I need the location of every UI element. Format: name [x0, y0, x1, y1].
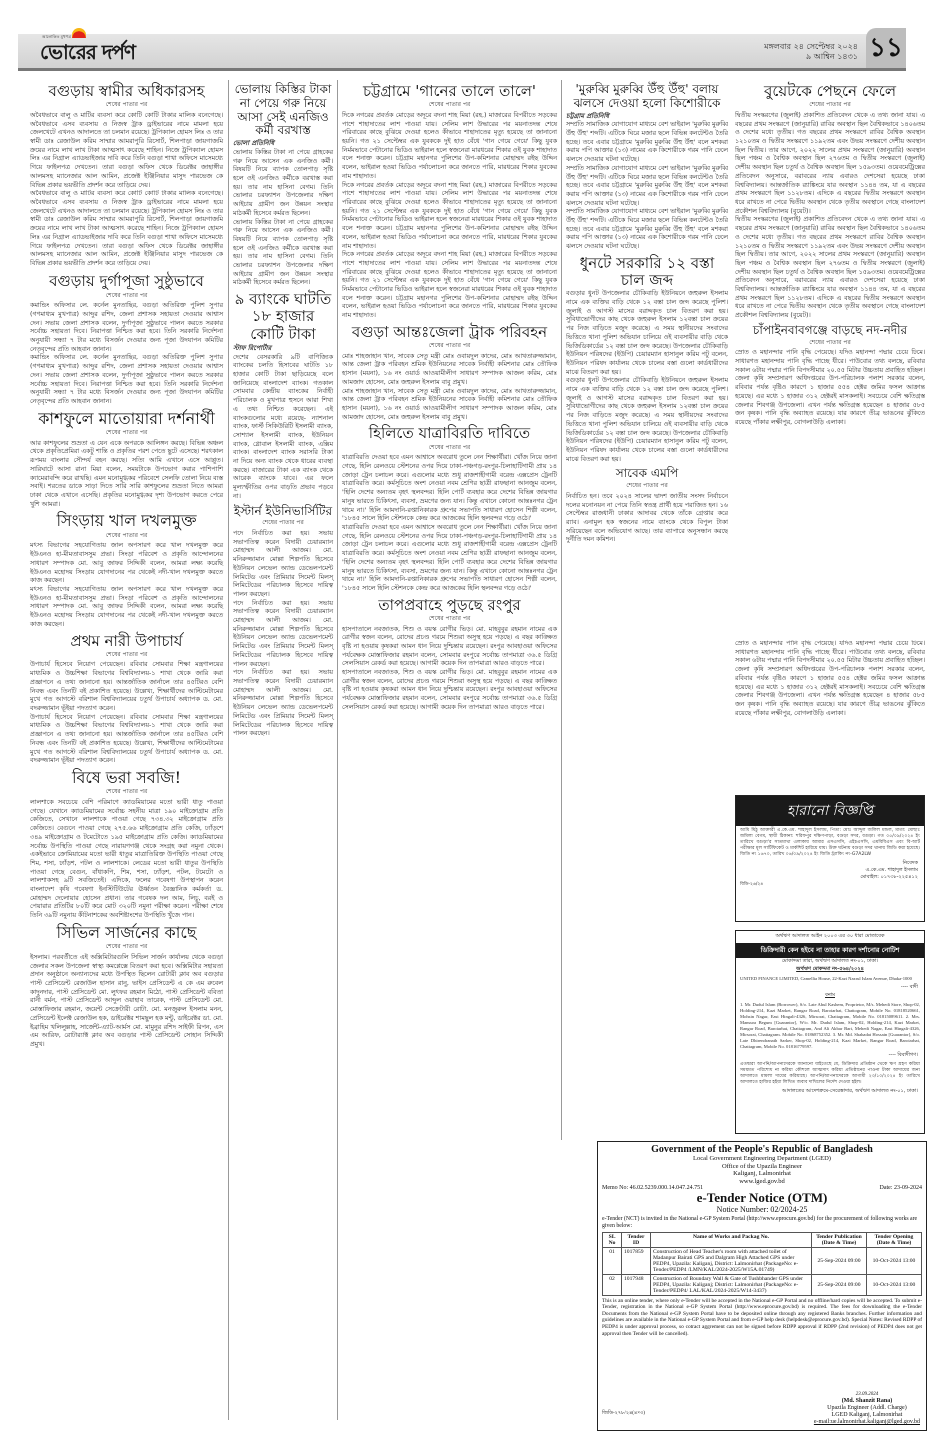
column-divider	[228, 80, 229, 1420]
cell-tender-id: 1017859	[622, 1247, 651, 1274]
tender-table-header: SL No Tender ID Name of Works and Packag…	[603, 1232, 922, 1247]
page-number: ১১	[866, 28, 906, 68]
article-body: সম্প্রতি সামাজিক যোগাযোগ মাধ্যমে বেশ ভাই…	[566, 165, 728, 209]
signer-email[interactable]: e-mail:ue.lalmonirhat.kaliganj@lged.gov.…	[814, 1419, 920, 1426]
masthead: আলোকিত মুখপত্র ভোরের দর্পণ মঙ্গলবার ২৪ স…	[18, 34, 906, 71]
col-sl: SL No	[603, 1232, 622, 1247]
article-headline: 'মুরুব্বি মুরুব্বি উঁহু উঁহু' বলায় ঝলসে…	[566, 83, 728, 111]
cell-tender-id: 1017948	[622, 1274, 651, 1295]
continued-label: শেষের পাতার পর	[233, 519, 333, 528]
article-body: সম্প্রতি সামাজিক যোগাযোগ মাধ্যমে বেশ ভাই…	[566, 121, 728, 165]
article-body: কমান্ডিং অফিসার লে. কর্নেল মুনতাছির, বগু…	[30, 354, 223, 406]
col-works-name: Name of Works and Packag No.	[651, 1232, 812, 1247]
article-body: মৎস্য বিভাগের সহযোগিতায় জাল অপসারণ করে …	[30, 586, 223, 630]
plaintiff: UNITED FINANCE LIMITED, Camellia House, …	[736, 974, 924, 984]
article-headline: হিলিতে যাত্রাবিরতি দাবিতে	[342, 425, 557, 442]
article-body: দ্বিতীয় সংস্করণের (জুলাই) প্রকাশিত প্রত…	[735, 216, 925, 320]
table-row: 02 1017948 Construction of Boundary Wall…	[603, 1274, 922, 1295]
signer-office: LGED Kaliganj, Lalmonirhat	[814, 1412, 920, 1419]
article-body: অবৈধভাবে বালু ও মাটির ব্যবসা করে কোটি কো…	[30, 190, 223, 270]
col-opening: Tender Opening (Date & Time)	[867, 1232, 922, 1247]
article-body: যাত্রাবিরতি দেওয়া হবে এমন আশ্বাসে অবরোধ…	[342, 524, 557, 594]
tender-location: Kaliganj, Lalmonirhat	[602, 1170, 922, 1178]
article-body: ইসলাম। পরবর্তীতে এই অক্সিমিটারগুলি সিভিল…	[30, 954, 223, 1050]
article-body: আর কাশফুলের শুভ্রতা এ যেন একে অপরকে আলিঙ…	[30, 440, 223, 510]
article-body: কমান্ডিং অফিসার লে. কর্নেল মুনতাছির, বগু…	[30, 302, 223, 354]
signature-date: 23.09.2024	[814, 1391, 920, 1398]
court-notice-header: অর্থঋণ আদালত আইন ২০০৩ এর ৩০ ধারা মোতাবেক	[736, 931, 924, 943]
article-body: নির্বাচিত হন। তবে ২০২৪ সালের দ্বাদশ জাতী…	[566, 493, 728, 545]
article-body: হাসপাতালে নবজাতক, শিশু ও বয়স্ক রোগীর ভি…	[342, 626, 557, 670]
article-body: ভোলায় কিস্তির টাকা না পেয়ে গ্রাহকের গর…	[233, 219, 333, 289]
article-headline: সাবেক এমপি	[566, 467, 728, 481]
article-headline: চট্টগ্রামে 'গানের তালে তালে'	[342, 83, 557, 100]
article-body: মৎস্য বিভাগের সহযোগিতায় জাল অপসারণ করে …	[30, 542, 223, 586]
newspaper-logo: ভোরের দর্পণ	[40, 38, 135, 71]
col-publication: Tender Publication (Date & Time)	[812, 1232, 867, 1247]
defendant-role: ---- বিবাদীগণ।	[736, 1052, 924, 1060]
article-headline: সিভিল সার্জনের কাছে	[30, 924, 223, 942]
tender-intro: e-Tender (NCT) is invited in the Nationa…	[602, 1216, 922, 1230]
article-body: বগুড়ার ধুনট উপজেলার চৌকিবাড়ি ইউনিয়নে …	[566, 290, 728, 377]
article-body: সম্প্রতি সামাজিক যোগাযোগ মাধ্যমে বেশ ভাই…	[566, 208, 728, 252]
tender-signature-block: 23.09.2024 (Md. Shanzit Rana) Upazila En…	[814, 1391, 920, 1426]
article-byline: ভোলা প্রতিনিধি	[233, 139, 333, 148]
article-body: অবৈধভাবে বালু ও মাটির ব্যবসা করে কোটি কো…	[30, 112, 223, 190]
date-bengali: ৯ আশ্বিন ১৪৩১	[764, 52, 858, 62]
court-notice-ad: অর্থঋণ আদালত আইন ২০০৩ এর ৩০ ধারা মোতাবেক…	[735, 930, 925, 1134]
signatory-name: এ.কে.এম. শাহাদুল ইসলাম	[742, 867, 918, 874]
continued-label: শেষের পাতার পর	[735, 339, 925, 348]
article-headline: প্রথম নারী উপাচার্য	[30, 633, 223, 650]
article-body: দেশের বেসরকারি ৯টি বাণিজ্যিক ব্যাংকের চল…	[233, 354, 333, 502]
article-headline: ভোলায় কিস্তির টাকা না পেয়ে গরু নিয়ে আ…	[233, 83, 333, 138]
sun-logo-icon	[72, 28, 86, 38]
article-headline: ধুনটে সরকারি ১২ বস্তা চাল জব্দ	[566, 255, 728, 290]
continued-label: শেষের পাতার পর	[30, 101, 223, 110]
article-body: উপাচার্য হিসেবে নিয়োগ পেয়েছেন। রবিবার …	[30, 714, 223, 766]
article-headline: বগুড়ায় দুর্গাপূজা সুষ্ঠুভাবে	[30, 273, 223, 290]
lost-notice-ad: হারানো বিজ্ঞপ্তি আমি মিঠু আক্তারী এ.কে.এ…	[735, 795, 925, 922]
tender-table: SL No Tender ID Name of Works and Packag…	[602, 1232, 922, 1296]
versus-label: বনাম	[736, 992, 924, 1000]
plaintiff-role: ---- বাদী	[736, 984, 924, 992]
court-notice-body: এতদ্বারা আপনি/আপনাদেরকে জানানো যাইতেছে য…	[736, 1060, 924, 1088]
ad-reference: বিডি-২৬/২৪	[736, 881, 924, 888]
signer-name: (Md. Shanzit Rana)	[814, 1398, 920, 1405]
article-headline: ৯ ব্যাংকে ঘাটতি ১৮ হাজার কোটি টাকা	[233, 291, 333, 343]
column-divider	[561, 80, 562, 1140]
tender-website[interactable]: www.lged.gov.bd	[602, 1178, 922, 1186]
lost-notice-body: আমি মিঠু আক্তারী এ.কে.এম. শাহাদুল ইসলাম,…	[736, 826, 924, 860]
continued-label: শেষের পাতার পর	[30, 429, 223, 438]
continued-label: শেষের পাতার পর	[735, 101, 925, 110]
article-body: লালশাকে সবচেয়ে বেশি পরিমাণে ক্যাডমিয়াম…	[30, 799, 223, 921]
defendants: 1. Mr. Dudul Islam (Borrower), S/o. Late…	[736, 1000, 924, 1052]
article-byline: চট্টগ্রাম প্রতিনিধি	[566, 112, 728, 121]
article-headline: সিংড়ায় খাল দখলমুক্ত	[30, 512, 223, 530]
tender-memo: Memo No: 46.02.5239.000.14.047.24.751	[602, 1185, 703, 1191]
article-body: যাত্রাবিরতি দেওয়া হবে এমন আশ্বাসে অবরোধ…	[342, 454, 557, 524]
tender-gov: Government of the People's Republic of B…	[602, 1144, 922, 1155]
signatory-mobile: মোবাইল: ০১৭৩৮-২২৫৪১২	[742, 874, 918, 881]
article-body: পদে নির্বাচিত করা হয়। সভায় সভাপতিত্ব ক…	[233, 600, 333, 670]
continued-label: শেষের পাতার পর	[342, 342, 557, 351]
cell-opening: 10-Oct-2024 13:00	[867, 1247, 922, 1274]
tender-notice-number: Notice Number: 02/2024-25	[602, 1205, 922, 1214]
continued-label: শেষের পাতার পর	[30, 943, 223, 952]
lost-notice-title: হারানো বিজ্ঞপ্তি	[736, 796, 924, 826]
tender-dept: Local Government Engineering Department …	[602, 1155, 922, 1163]
article-body: মোঃ শাহজাহান খান, সাবেক সেতু মন্ত্রী মোঃ…	[342, 353, 557, 388]
article-headline: তাপপ্রবাহে পুড়ছে রংপুর	[342, 597, 557, 614]
continued-label: শেষের পাতার পর	[30, 532, 223, 541]
table-row: 01 1017859 Construction of Head Teacher'…	[603, 1247, 922, 1274]
cell-sl: 02	[603, 1274, 622, 1295]
article-headline: কাশফুলে মাতোয়ারা দর্শনার্থী	[30, 410, 223, 428]
article-byline: স্টাফ রিপোর্টার	[233, 344, 333, 353]
tender-office: Office of the Upazila Engineer	[602, 1163, 922, 1171]
article-headline: বগুড়ায় স্বামীর অধিকারসহ	[30, 83, 223, 100]
cell-works-name: Construction of Head Teacher's room with…	[651, 1247, 812, 1274]
tender-reference: জিডি-২৭৮/২৪(৪×৩)	[602, 1410, 645, 1418]
tender-date: Date: 23-09-2024	[880, 1185, 923, 1191]
column-left: বগুড়ায় স্বামীর অধিকারসহ শেষের পাতার পর…	[30, 80, 223, 1050]
continued-label: শেষের পাতার পর	[30, 651, 223, 660]
article-body: ভোলায় কিস্তির টাকা না পেয়ে গ্রাহকের গর…	[233, 149, 333, 219]
article-body: স্রোত ও মহানন্দার পানি বৃদ্ধি পেয়েছে। য…	[735, 640, 925, 718]
article-body: দ্বিতীয় সংস্করণের (জুলাই) প্রকাশিত প্রত…	[735, 112, 925, 216]
article-body: বগুড়ার ধুনট উপজেলার চৌকিবাড়ি ইউনিয়নে …	[566, 377, 728, 464]
article-body: পদে নির্বাচিত করা হয়। সভায় সভাপতিত্ব ক…	[233, 669, 333, 739]
signer-title: Upazila Engineer (Addl. Charge)	[814, 1405, 920, 1412]
date-gregorian: মঙ্গলবার ২৪ সেপ্টেম্বর ২০২৪	[764, 42, 858, 52]
column-right-continued: স্রোত ও মহানন্দার পানি বৃদ্ধি পেয়েছে। য…	[735, 640, 925, 780]
cell-publication: 25-Sep-2024 09:00	[812, 1247, 867, 1274]
cell-works-name: Construction of Boundary Wall & Gate of …	[651, 1274, 812, 1295]
article-headline: ইস্টার্ন ইউনিভার্সিটির	[233, 505, 333, 519]
article-headline: বুয়েটকে পেছনে ফেলে	[735, 83, 925, 100]
article-headline: বগুড়া আন্তঃজেলা ট্রাক পরিবহন	[342, 324, 557, 341]
column-2: ভোলায় কিস্তির টাকা না পেয়ে গরু নিয়ে আ…	[233, 80, 333, 739]
court-name: মোকাদ্দমা তারা, অর্থঋণ আদালত নং-০১, ঢাকা…	[736, 958, 924, 966]
tender-notice-ad: Government of the People's Republic of B…	[597, 1141, 927, 1431]
article-body: দিকে নগরের প্রবর্তক মোড়ের অদূরে বদনা শা…	[342, 112, 557, 182]
continued-label: শেষের পাতার পর	[30, 292, 223, 301]
lost-notice-signatory: নিবেদক এ.কে.এম. শাহাদুল ইসলাম মোবাইল: ০১…	[736, 860, 924, 881]
tender-title: e-Tender Notice (OTM)	[602, 1191, 922, 1205]
continued-label: শেষের পাতার পর	[342, 444, 557, 453]
article-body: দিকে নগরের প্রবর্তক মোড়ের অদূরে বদনা শা…	[342, 251, 557, 321]
article-headline: চাঁপাইনবাবগঞ্জে বাড়ছে নদ-নদীর	[735, 324, 925, 338]
cell-publication: 25-Sep-2024 09:00	[812, 1274, 867, 1295]
continued-label: শেষের পাতার পর	[30, 788, 223, 797]
article-body: স্রোত ও মহানন্দার পানি বৃদ্ধি পেয়েছে। য…	[735, 349, 925, 427]
continued-label: শেষের পাতার পর	[566, 482, 728, 491]
column-3: চট্টগ্রামে 'গানের তালে তালে' শেষের পাতার…	[342, 80, 557, 713]
article-headline: বিষে ভরা সবজি!	[30, 769, 223, 787]
court-notice-title: ডিক্রিদারী কেন হইবে না তাহার কারণ দর্শান…	[736, 943, 924, 958]
continued-label: শেষের পাতার পর	[342, 615, 557, 624]
column-right-articles: বুয়েটকে পেছনে ফেলে শেষের পাতার পর দ্বিত…	[735, 80, 925, 640]
article-body: উপাচার্য হিসেবে নিয়োগ পেয়েছেন। রবিবার …	[30, 661, 223, 713]
article-body: মোঃ শাহজাহান খান, সাবেক সেতু মন্ত্রী মোঃ…	[342, 388, 557, 423]
article-body: হাসপাতালে নবজাতক, শিশু ও বয়স্ক রোগীর ভি…	[342, 669, 557, 713]
cell-sl: 01	[603, 1247, 622, 1274]
col-tender-id: Tender ID	[622, 1232, 651, 1247]
article-body: পদে নির্বাচিত করা হয়। সভায় সভাপতিত্ব ক…	[233, 530, 333, 600]
court-notice-footer: আদালতের আদেশক্রমে-সেরেস্তাদার, অর্থঋণ আদ…	[736, 1088, 924, 1096]
signatory-label: নিবেদক	[742, 860, 918, 867]
issue-date: মঙ্গলবার ২৪ সেপ্টেম্বর ২০২৪ ৯ আশ্বিন ১৪৩…	[764, 42, 858, 62]
column-divider	[337, 80, 338, 1420]
continued-label: শেষের পাতার পর	[342, 101, 557, 110]
article-body: দিকে নগরের প্রবর্তক মোড়ের অদূরে বদনা শা…	[342, 182, 557, 252]
tender-footnote: This is an online tender, where only e-T…	[602, 1298, 922, 1338]
cell-opening: 10-Oct-2024 13:00	[867, 1274, 922, 1295]
column-4: 'মুরুব্বি মুরুব্বি উঁহু উঁহু' বলায় ঝলসে…	[566, 80, 728, 1140]
case-number: অর্থঋণ মোকদ্দমা নং-৫৬৪/২০২৪	[736, 966, 924, 974]
